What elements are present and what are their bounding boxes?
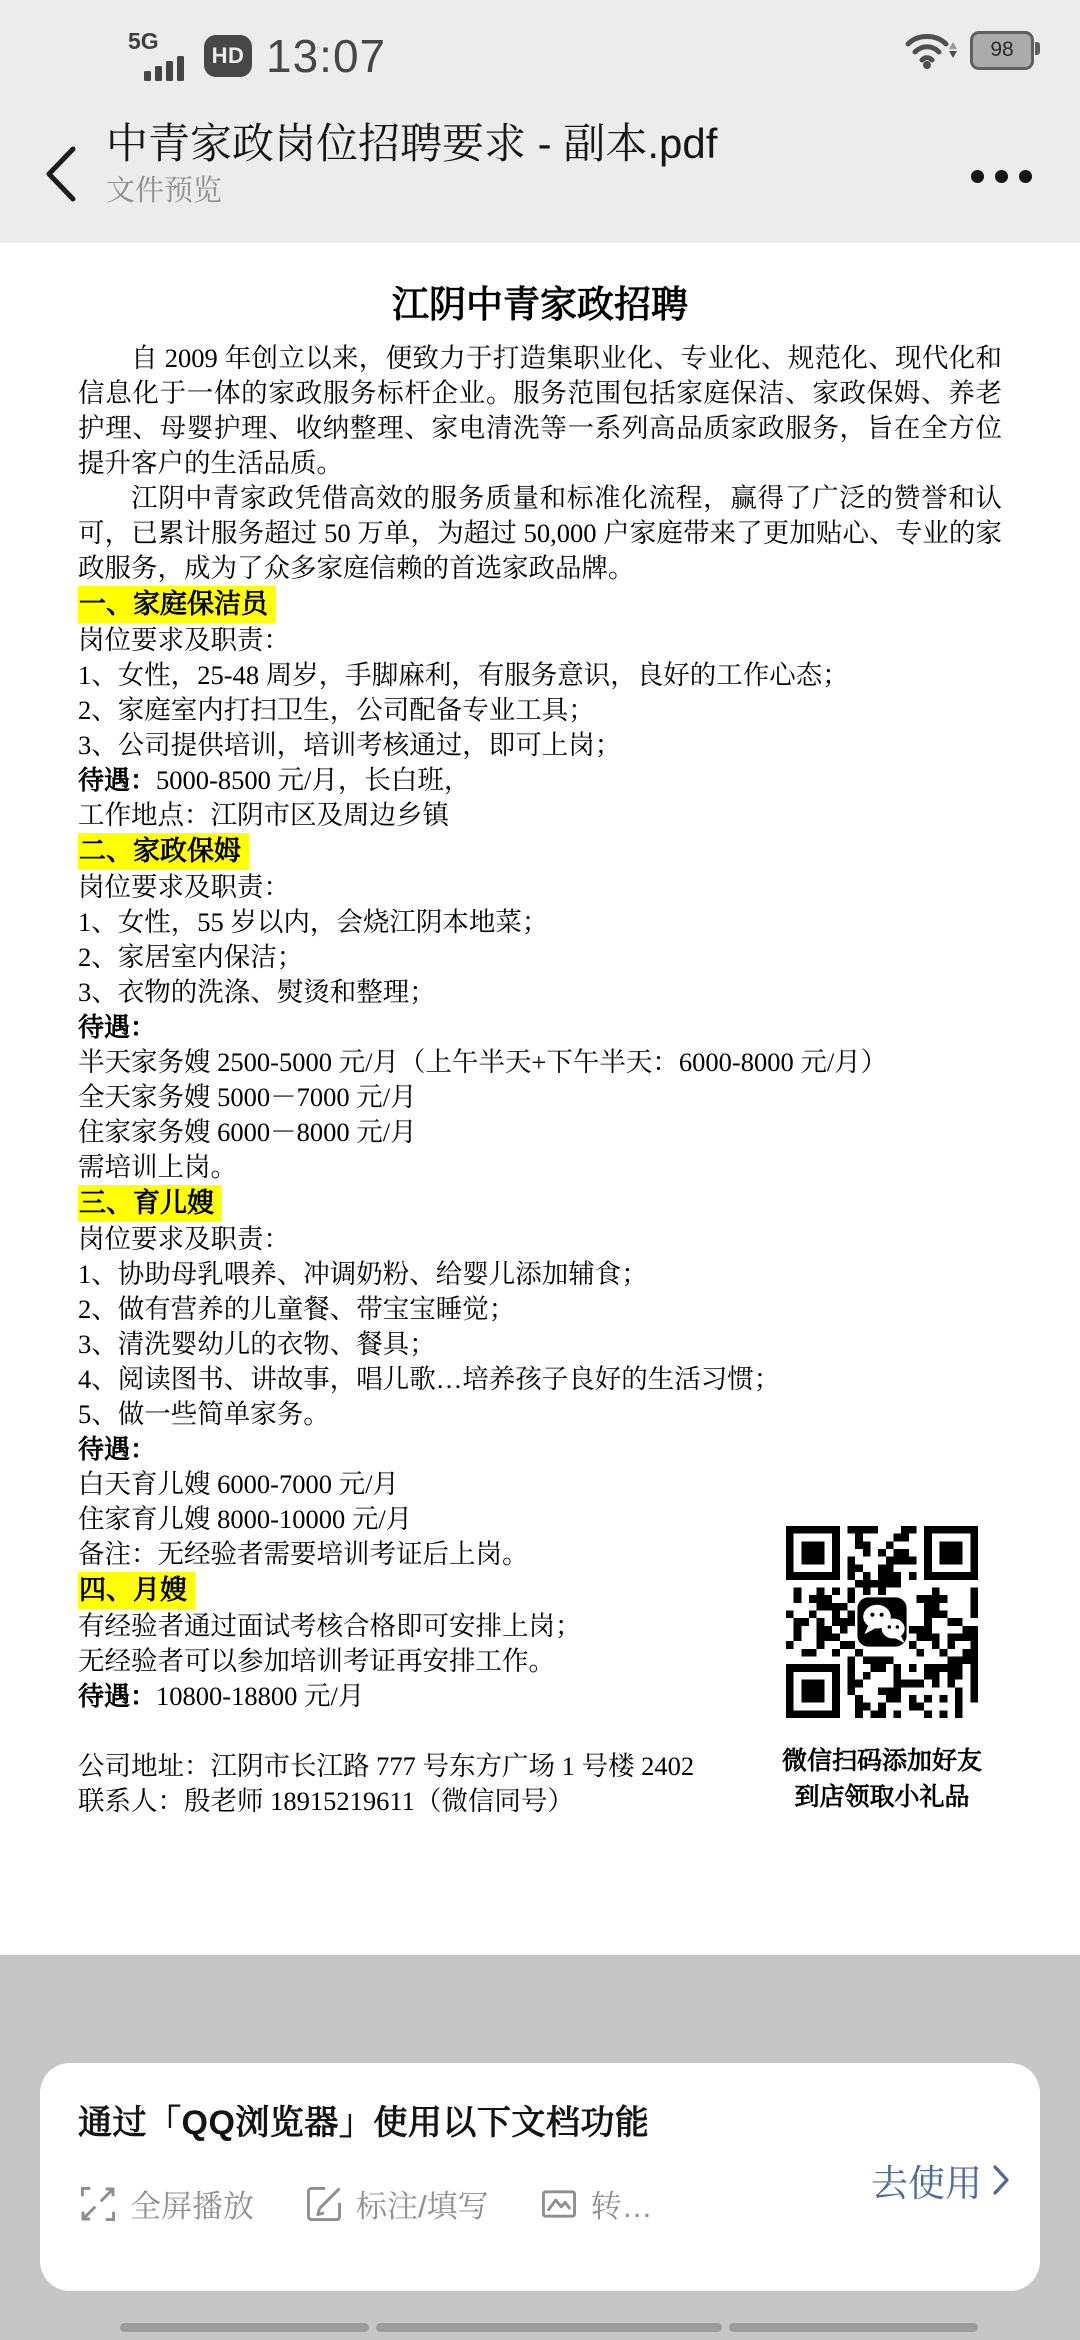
line-text: 5、做一些简单家务。: [78, 1399, 330, 1429]
feature-fullscreen[interactable]: 全屏播放: [78, 2181, 254, 2226]
document-title: 江阴中青家政招聘: [78, 281, 1002, 329]
battery-nub: [1035, 42, 1040, 55]
status-right: 98: [904, 30, 1034, 70]
feature-label: 全屏播放: [130, 2181, 254, 2226]
line-bold-label: 待遇：: [78, 765, 156, 795]
document-line: 5、做一些简单家务。: [78, 1397, 1002, 1432]
document-line: 白天育儿嫂 6000-7000 元/月: [78, 1467, 1002, 1502]
document-line: 需培训上岗。: [78, 1150, 1002, 1185]
line-text: 4、阅读图书、讲故事，唱儿歌…培养孩子良好的生活习惯；: [78, 1364, 780, 1394]
back-chevron-icon: [42, 144, 78, 204]
line-text: 无经验者可以参加培训考证再安排工作。: [78, 1646, 555, 1676]
qr-caption-line1: 微信扫码添加好友: [762, 1744, 1002, 1780]
document-line: 3、公司提供培训，培训考核通过，即可上岗；: [78, 728, 1002, 763]
promo-title: 通过「QQ浏览器」使用以下文档功能: [78, 2095, 649, 2144]
more-icon: [995, 170, 1008, 183]
clock-time: 13:07: [266, 29, 386, 83]
line-text: 3、公司提供培训，培训考核通过，即可上岗；: [78, 730, 621, 760]
line-text: 1、女性，25-48 周岁，手脚麻利，有服务意识，良好的工作心态；: [78, 660, 849, 690]
section-heading-highlight: 一、家庭保洁员: [78, 586, 276, 623]
document-line: 三、育儿嫂: [78, 1185, 1002, 1222]
document-line: 3、清洗婴幼儿的衣物、餐具；: [78, 1327, 1002, 1362]
chevron-right-icon: [992, 2164, 1010, 2196]
wechat-logo-icon: [857, 1597, 906, 1646]
intro-paragraphs: 自 2009 年创立以来，便致力于打造集职业化、专业化、规范化、现代化和信息化于…: [78, 341, 1002, 586]
signal-bars-icon: [144, 56, 184, 81]
qr-caption-line2: 到店领取小礼品: [762, 1780, 1002, 1816]
document-line: 岗位要求及职责：: [78, 623, 1002, 658]
line-text: 1、协助母乳喂养、冲调奶粉、给婴儿添加辅食；: [78, 1259, 648, 1289]
line-text: 全天家务嫂 5000－7000 元/月: [78, 1082, 417, 1112]
battery-icon: 98: [970, 31, 1034, 70]
document-line: 2、家庭室内打扫卫生，公司配备专业工具；: [78, 693, 1002, 728]
line-text: 岗位要求及职责：: [78, 872, 290, 902]
document-line: 待遇：5000-8500 元/月，长白班，: [78, 763, 1002, 798]
app-bar: 中青家政岗位招聘要求 - 副本.pdf 文件预览: [0, 112, 1080, 243]
line-text: 2、家庭室内打扫卫生，公司配备专业工具；: [78, 695, 595, 725]
line-bold-label: 待遇：: [78, 1681, 156, 1711]
document-line: 住家家务嫂 6000－8000 元/月: [78, 1115, 1002, 1150]
more-icon: [971, 170, 984, 183]
network-type-label: 5G: [128, 28, 159, 55]
feature-row: 全屏播放 标注/填写: [78, 2181, 653, 2226]
home-indicator[interactable]: [0, 2323, 1080, 2333]
cellular-signal-icon: 5G: [128, 28, 190, 84]
document-line: 1、女性，25-48 周岁，手脚麻利，有服务意识，良好的工作心态；: [78, 658, 1002, 693]
line-text: 2、做有营养的儿童餐、带宝宝睡觉；: [78, 1294, 515, 1324]
line-text: 3、清洗婴幼儿的衣物、餐具；: [78, 1329, 436, 1359]
bottom-overlay: 通过「QQ浏览器」使用以下文档功能 去使用 全: [0, 1955, 1080, 2340]
more-button[interactable]: [962, 156, 1040, 196]
hd-badge-icon: HD: [204, 35, 252, 77]
line-bold-label: 待遇：: [78, 1012, 156, 1042]
section-heading-highlight: 二、家政保姆: [78, 833, 249, 870]
line-bold-label: 待遇：: [78, 1434, 156, 1464]
feature-convert[interactable]: 转…: [539, 2181, 653, 2226]
feature-label: 转…: [591, 2181, 653, 2226]
line-text: 5000-8500 元/月，长白班，: [156, 765, 470, 795]
feature-label: 标注/填写: [356, 2181, 489, 2226]
line-text: 10800-18800 元/月: [156, 1681, 364, 1711]
header-titles: 中青家政岗位招聘要求 - 副本.pdf 文件预览: [106, 118, 946, 210]
line-text: 有经验者通过面试考核合格即可安排上岗；: [78, 1611, 582, 1641]
qq-browser-promo-card: 通过「QQ浏览器」使用以下文档功能 去使用 全: [40, 2063, 1040, 2291]
document-line: 工作地点：江阴市区及周边乡镇: [78, 798, 1002, 833]
top-chrome: 5G HD 13:07 98: [0, 0, 1080, 243]
line-text: 工作地点：江阴市区及周边乡镇: [78, 800, 449, 830]
intro-paragraph: 江阴中青家政凭借高效的服务质量和标准化流程，赢得了广泛的赞誉和认可，已累计服务超…: [78, 481, 1002, 586]
document-line: 2、做有营养的儿童餐、带宝宝睡觉；: [78, 1292, 1002, 1327]
pdf-preview-page[interactable]: 江阴中青家政招聘 自 2009 年创立以来，便致力于打造集职业化、专业化、规范化…: [0, 243, 1080, 1955]
document-line: 待遇：: [78, 1010, 1002, 1045]
document-line: 二、家政保姆: [78, 833, 1002, 870]
document-line: 岗位要求及职责：: [78, 870, 1002, 905]
line-text: 联系人：殷老师 18915219611（微信同号）: [78, 1786, 574, 1816]
document-line: 2、家居室内保洁；: [78, 940, 1002, 975]
feature-annotate[interactable]: 标注/填写: [304, 2181, 489, 2226]
line-text: 2、家居室内保洁；: [78, 942, 303, 972]
document-line: 半天家务嫂 2500-5000 元/月（上午半天+下午半天：6000-8000 …: [78, 1045, 1002, 1080]
more-icon: [1019, 170, 1032, 183]
home-indicator-segment: [729, 2323, 978, 2332]
annotate-icon: [304, 2184, 344, 2224]
go-use-label: 去使用: [871, 2153, 982, 2207]
line-text: 备注：无经验者需要培训考证后上岗。: [78, 1539, 529, 1569]
section-heading-highlight: 四、月嫂: [78, 1572, 195, 1609]
document-line: 1、女性，55 岁以内，会烧江阴本地菜；: [78, 905, 1002, 940]
wechat-qr-code: [786, 1526, 978, 1718]
line-text: 需培训上岗。: [78, 1152, 237, 1182]
document-line: 一、家庭保洁员: [78, 586, 1002, 623]
file-title: 中青家政岗位招聘要求 - 副本.pdf: [106, 118, 946, 170]
document-line: 全天家务嫂 5000－7000 元/月: [78, 1080, 1002, 1115]
home-indicator-segment: [120, 2323, 369, 2332]
document-line: 4、阅读图书、讲故事，唱儿歌…培养孩子良好的生活习惯；: [78, 1362, 1002, 1397]
document-line: 岗位要求及职责：: [78, 1222, 1002, 1257]
line-text: 白天育儿嫂 6000-7000 元/月: [78, 1469, 399, 1499]
back-button[interactable]: [30, 138, 90, 210]
section-heading-highlight: 三、育儿嫂: [78, 1185, 222, 1222]
line-text: 1、女性，55 岁以内，会烧江阴本地菜；: [78, 907, 548, 937]
status-bar: 5G HD 13:07 98: [0, 0, 1080, 112]
intro-paragraph: 自 2009 年创立以来，便致力于打造集职业化、专业化、规范化、现代化和信息化于…: [78, 341, 1002, 481]
line-text: 住家育儿嫂 8000-10000 元/月: [78, 1504, 412, 1534]
battery-percent: 98: [990, 38, 1013, 62]
document-line: 1、协助母乳喂养、冲调奶粉、给婴儿添加辅食；: [78, 1257, 1002, 1292]
line-text: 半天家务嫂 2500-5000 元/月（上午半天+下午半天：6000-8000 …: [78, 1047, 887, 1077]
status-left: 5G HD 13:07: [128, 26, 386, 86]
wechat-qr-block: 微信扫码添加好友 到店领取小礼品: [762, 1526, 1002, 1816]
wifi-icon: [904, 30, 958, 70]
go-use-link[interactable]: 去使用: [871, 2153, 1010, 2207]
line-text: 岗位要求及职责：: [78, 1224, 290, 1254]
fullscreen-icon: [78, 2184, 118, 2224]
line-text: 住家家务嫂 6000－8000 元/月: [78, 1117, 417, 1147]
line-text: 岗位要求及职责：: [78, 625, 290, 655]
line-text: 公司地址：江阴市长江路 777 号东方广场 1 号楼 2402: [78, 1751, 694, 1781]
convert-image-icon: [539, 2184, 579, 2224]
line-text: 3、衣物的洗涤、熨烫和整理；: [78, 977, 436, 1007]
home-indicator-segment: [376, 2323, 722, 2332]
document-line: 3、衣物的洗涤、熨烫和整理；: [78, 975, 1002, 1010]
document-line: 待遇：: [78, 1432, 1002, 1467]
file-preview-subtitle: 文件预览: [106, 172, 946, 210]
qr-caption: 微信扫码添加好友 到店领取小礼品: [762, 1744, 1002, 1816]
